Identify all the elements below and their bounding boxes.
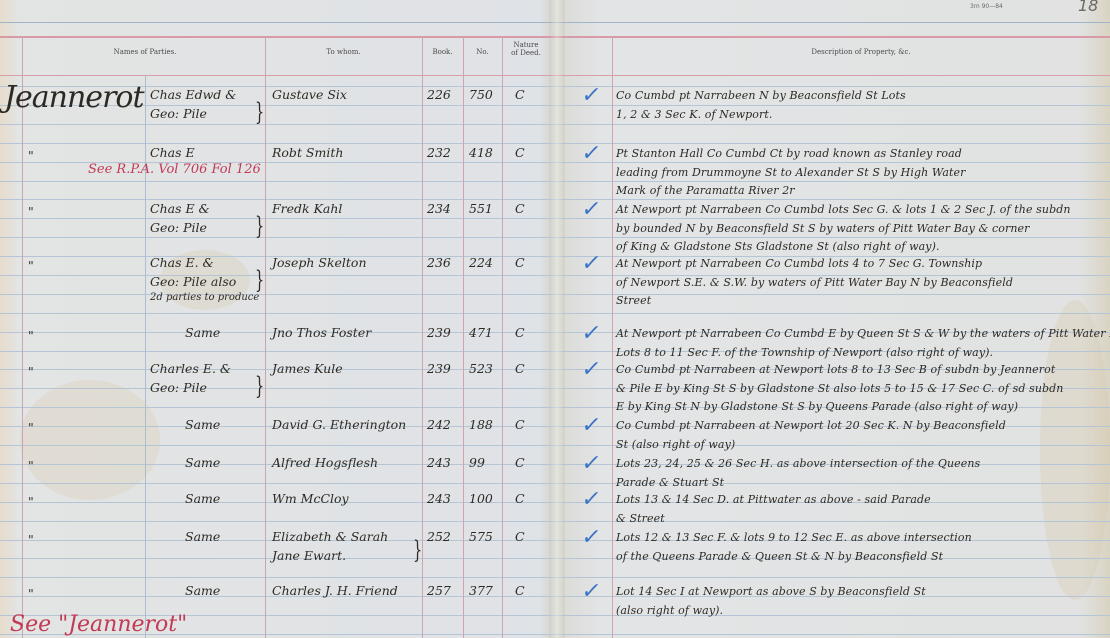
ditto-mark: ": [28, 458, 34, 473]
grantee-name: David G. Etherington: [272, 417, 406, 432]
ditto-mark: ": [28, 148, 34, 163]
entry-number: 377: [469, 583, 493, 598]
party-name: Same: [185, 583, 220, 598]
book-number: 252: [427, 529, 451, 544]
checkmark-icon: ✓: [580, 357, 603, 382]
party-name: Charles E. &: [150, 361, 231, 376]
entry-number: 100: [469, 491, 493, 506]
nature-of-deed: C: [515, 87, 525, 102]
party-name: Same: [185, 325, 220, 340]
nature-of-deed: C: [515, 325, 525, 340]
property-description-line: Co Cumbd pt Narrabeen at Newport lot 20 …: [616, 419, 1006, 432]
party-name: Same: [185, 529, 220, 544]
checkmark-icon: ✓: [580, 451, 603, 476]
ledger-page: 3m 90—84 18 Names of Parties. To whom. B…: [0, 0, 1110, 638]
entry-number: 418: [469, 145, 493, 160]
grantee-name: Jno Thos Foster: [272, 325, 371, 340]
entry-number: 551: [469, 201, 493, 216]
header-to-whom: To whom.: [265, 48, 422, 56]
property-description-line: Lots 8 to 11 Sec F. of the Township of N…: [616, 346, 993, 359]
margin-note-red: See R.P.A. Vol 706 Fol 126: [88, 162, 261, 177]
ditto-mark: ": [28, 364, 34, 379]
party-name: Geo: Pile: [150, 380, 207, 395]
book-number: 226: [427, 87, 451, 102]
book-number: 239: [427, 361, 451, 376]
book-number: 242: [427, 417, 451, 432]
grantee-name: Charles J. H. Friend: [272, 583, 398, 598]
footer-note: See "Jeannerot": [10, 612, 187, 637]
checkmark-icon: ✓: [580, 251, 603, 276]
grantee-name: James Kule: [272, 361, 343, 376]
property-description-line: Lots 13 & 14 Sec D. at Pittwater as abov…: [616, 493, 931, 506]
print-code: 3m 90—84: [970, 3, 1003, 10]
property-description-line: St (also right of way): [616, 438, 735, 451]
entry-number: 224: [469, 255, 493, 270]
property-description-line: Co Cumbd pt Narrabeen at Newport lots 8 …: [616, 363, 1055, 376]
property-description-line: (also right of way).: [616, 604, 723, 617]
grantee-name: Gustave Six: [272, 87, 347, 102]
property-description-line: Lots 12 & 13 Sec F. & lots 9 to 12 Sec E…: [616, 531, 972, 544]
brace-mark: }: [255, 266, 264, 294]
party-name: Same: [185, 491, 220, 506]
nature-of-deed: C: [515, 145, 525, 160]
checkmark-icon: ✓: [580, 487, 603, 512]
property-description-line: of the Queens Parade & Queen St & N by B…: [616, 550, 943, 563]
property-description-line: Parade & Stuart St: [616, 476, 724, 489]
entry-number: 575: [469, 529, 493, 544]
grantee-name: Alfred Hogsflesh: [272, 455, 378, 470]
property-description-line: E by King St N by Gladstone St S by Quee…: [616, 400, 1018, 413]
brace-mark: }: [413, 536, 422, 564]
nature-of-deed: C: [515, 361, 525, 376]
index-name: Jeannerot: [4, 80, 144, 115]
column-divider: [612, 36, 613, 638]
entry-number: 188: [469, 417, 493, 432]
book-number: 239: [427, 325, 451, 340]
entry-number: 99: [469, 455, 485, 470]
property-description-line: At Newport pt Narrabeen Co Cumbd lots Se…: [616, 203, 1071, 216]
grantee-name: Jane Ewart.: [272, 548, 346, 563]
grantee-name: Elizabeth & Sarah: [272, 529, 388, 544]
property-description-line: Pt Stanton Hall Co Cumbd Ct by road know…: [616, 147, 962, 160]
header-book: Book.: [422, 48, 463, 56]
nature-of-deed: C: [515, 255, 525, 270]
property-description-line: Lot 14 Sec I at Newport as above S by Be…: [616, 585, 926, 598]
book-number: 257: [427, 583, 451, 598]
header-nature-of-deed: Nature of Deed.: [509, 41, 543, 57]
entry-number: 523: [469, 361, 493, 376]
party-name: Geo: Pile also: [150, 274, 236, 289]
property-description-line: by bounded N by Beaconsfield St S by wat…: [616, 222, 1029, 235]
property-description-line: Co Cumbd pt Narrabeen N by Beaconsfield …: [616, 89, 906, 102]
checkmark-icon: ✓: [580, 579, 603, 604]
book-number: 243: [427, 491, 451, 506]
ditto-mark: ": [28, 494, 34, 509]
ditto-mark: ": [28, 420, 34, 435]
column-divider: [145, 75, 146, 638]
party-name: Chas Edwd &: [150, 87, 236, 102]
book-number: 236: [427, 255, 451, 270]
nature-of-deed: C: [515, 583, 525, 598]
property-description-line: & Street: [616, 512, 665, 525]
book-number: 243: [427, 455, 451, 470]
property-description-line: Street: [616, 294, 651, 307]
entry-number: 471: [469, 325, 493, 340]
brace-mark: }: [255, 212, 264, 240]
grantee-name: Wm McCloy: [272, 491, 349, 506]
book-gutter: [549, 0, 565, 638]
book-number: 232: [427, 145, 451, 160]
party-name: Same: [185, 455, 220, 470]
column-divider: [22, 36, 23, 638]
ditto-mark: ": [28, 586, 34, 601]
property-description-line: Lots 23, 24, 25 & 26 Sec H. as above int…: [616, 457, 980, 470]
brace-mark: }: [255, 98, 264, 126]
property-description-line: leading from Drummoyne St to Alexander S…: [616, 166, 965, 179]
ditto-mark: ": [28, 204, 34, 219]
grantee-name: Fredk Kahl: [272, 201, 342, 216]
nature-of-deed: C: [515, 455, 525, 470]
book-number: 234: [427, 201, 451, 216]
header-description: Description of Property, &c.: [612, 48, 1110, 56]
header-no: No.: [463, 48, 502, 56]
column-divider: [502, 36, 503, 638]
nature-of-deed: C: [515, 201, 525, 216]
grantee-name: Robt Smith: [272, 145, 343, 160]
nature-of-deed: C: [515, 529, 525, 544]
party-name: Geo: Pile: [150, 106, 207, 121]
property-description-line: At Newport pt Narrabeen Co Cumbd E by Qu…: [616, 327, 1110, 340]
ditto-mark: ": [28, 328, 34, 343]
party-name: Chas E. &: [150, 255, 214, 270]
property-description-line: & Pile E by King St S by Gladstone St al…: [616, 382, 1064, 395]
entry-number: 750: [469, 87, 493, 102]
brace-mark: }: [255, 372, 264, 400]
property-description-line: of Newport S.E. & S.W. by waters of Pitt…: [616, 276, 1013, 289]
checkmark-icon: ✓: [580, 525, 603, 550]
property-description-line: Mark of the Paramatta River 2r: [616, 184, 795, 197]
page-number: 18: [1078, 0, 1098, 15]
ditto-mark: ": [28, 258, 34, 273]
header-names-of-parties: Names of Parties.: [90, 48, 200, 56]
checkmark-icon: ✓: [580, 413, 603, 438]
party-name: Chas E: [150, 145, 195, 160]
nature-of-deed: C: [515, 491, 525, 506]
column-divider: [463, 36, 464, 638]
party-name: Chas E &: [150, 201, 210, 216]
property-description-line: 1, 2 & 3 Sec K. of Newport.: [616, 108, 772, 121]
property-description-line: At Newport pt Narrabeen Co Cumbd lots 4 …: [616, 257, 982, 270]
nature-of-deed: C: [515, 417, 525, 432]
ditto-mark: ": [28, 532, 34, 547]
checkmark-icon: ✓: [580, 321, 603, 346]
party-name: 2d parties to produce: [150, 292, 259, 303]
party-name: Geo: Pile: [150, 220, 207, 235]
paper-stain: [20, 380, 160, 500]
paper-stain: [1040, 300, 1110, 600]
party-name: Same: [185, 417, 220, 432]
property-description-line: of King & Gladstone Sts Gladstone St (al…: [616, 240, 940, 253]
grantee-name: Joseph Skelton: [272, 255, 367, 270]
column-divider: [265, 36, 266, 638]
